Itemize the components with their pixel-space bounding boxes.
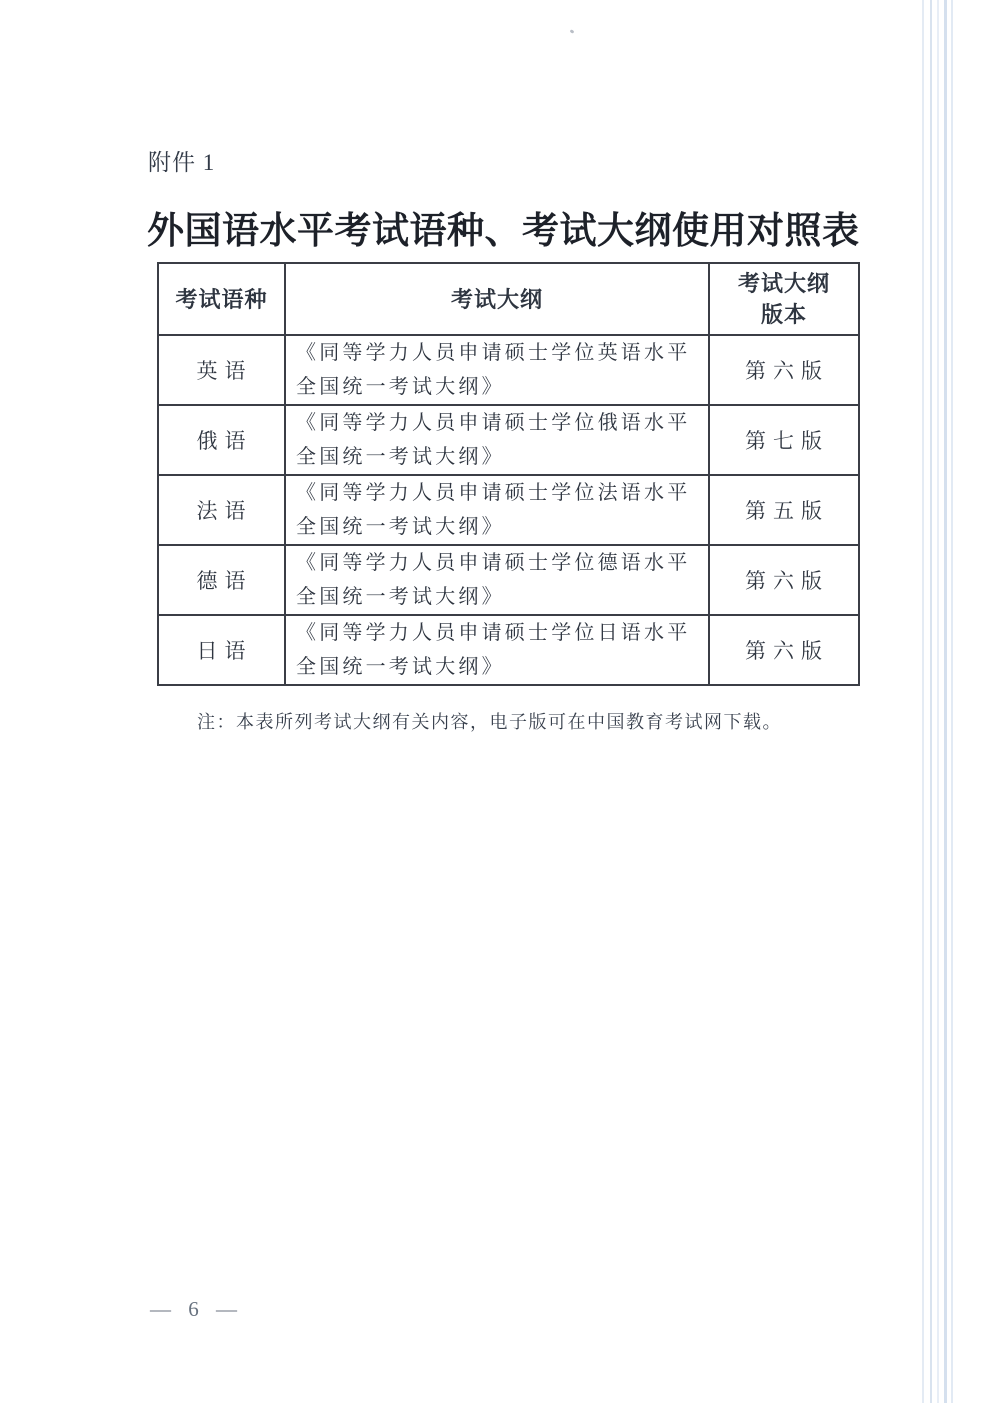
table-row-japanese: 日语 《同等学力人员申请硕士学位日语水平 全国统一考试大纲》 第六版	[158, 615, 859, 685]
outline-cell: 《同等学力人员申请硕士学位德语水平 全国统一考试大纲》	[285, 545, 709, 615]
table-header-row: 考试语种 考试大纲 考试大纲 版本	[158, 263, 859, 335]
outline-cell: 《同等学力人员申请硕士学位法语水平 全国统一考试大纲》	[285, 475, 709, 545]
version-cell: 第五版	[709, 475, 859, 545]
header-outline-version: 考试大纲 版本	[709, 263, 859, 335]
language-cell: 英语	[158, 335, 285, 405]
scan-speck	[570, 29, 575, 34]
page-number: — 6 —	[150, 1297, 243, 1322]
language-cell: 法语	[158, 475, 285, 545]
language-cell: 德语	[158, 545, 285, 615]
outline-cell: 《同等学力人员申请硕士学位日语水平 全国统一考试大纲》	[285, 615, 709, 685]
exam-outline-comparison-table: 考试语种 考试大纲 考试大纲 版本 英语 《同等学力人员申请硕士学位英语水平 全…	[157, 262, 860, 686]
language-cell: 日语	[158, 615, 285, 685]
scan-artifact-stripes	[915, 0, 960, 1403]
language-cell: 俄语	[158, 405, 285, 475]
version-cell: 第七版	[709, 405, 859, 475]
version-cell: 第六版	[709, 335, 859, 405]
version-cell: 第六版	[709, 615, 859, 685]
outline-cell: 《同等学力人员申请硕士学位英语水平 全国统一考试大纲》	[285, 335, 709, 405]
table-row-english: 英语 《同等学力人员申请硕士学位英语水平 全国统一考试大纲》 第六版	[158, 335, 859, 405]
outline-cell: 《同等学力人员申请硕士学位俄语水平 全国统一考试大纲》	[285, 405, 709, 475]
page-title: 外国语水平考试语种、考试大纲使用对照表	[147, 200, 860, 254]
version-cell: 第六版	[709, 545, 859, 615]
table-row-french: 法语 《同等学力人员申请硕士学位法语水平 全国统一考试大纲》 第五版	[158, 475, 859, 545]
attachment-label: 附件 1	[148, 144, 215, 177]
table-row-german: 德语 《同等学力人员申请硕士学位德语水平 全国统一考试大纲》 第六版	[158, 545, 859, 615]
table-row-russian: 俄语 《同等学力人员申请硕士学位俄语水平 全国统一考试大纲》 第七版	[158, 405, 859, 475]
table-footnote: 注：本表所列考试大纲有关内容，电子版可在中国教育考试网下载。	[197, 708, 782, 734]
scanned-document-page: 附件 1 外国语水平考试语种、考试大纲使用对照表 考试语种 考试大纲 考试大纲 …	[0, 0, 990, 1403]
header-exam-outline: 考试大纲	[285, 263, 709, 335]
header-exam-language: 考试语种	[158, 263, 285, 335]
